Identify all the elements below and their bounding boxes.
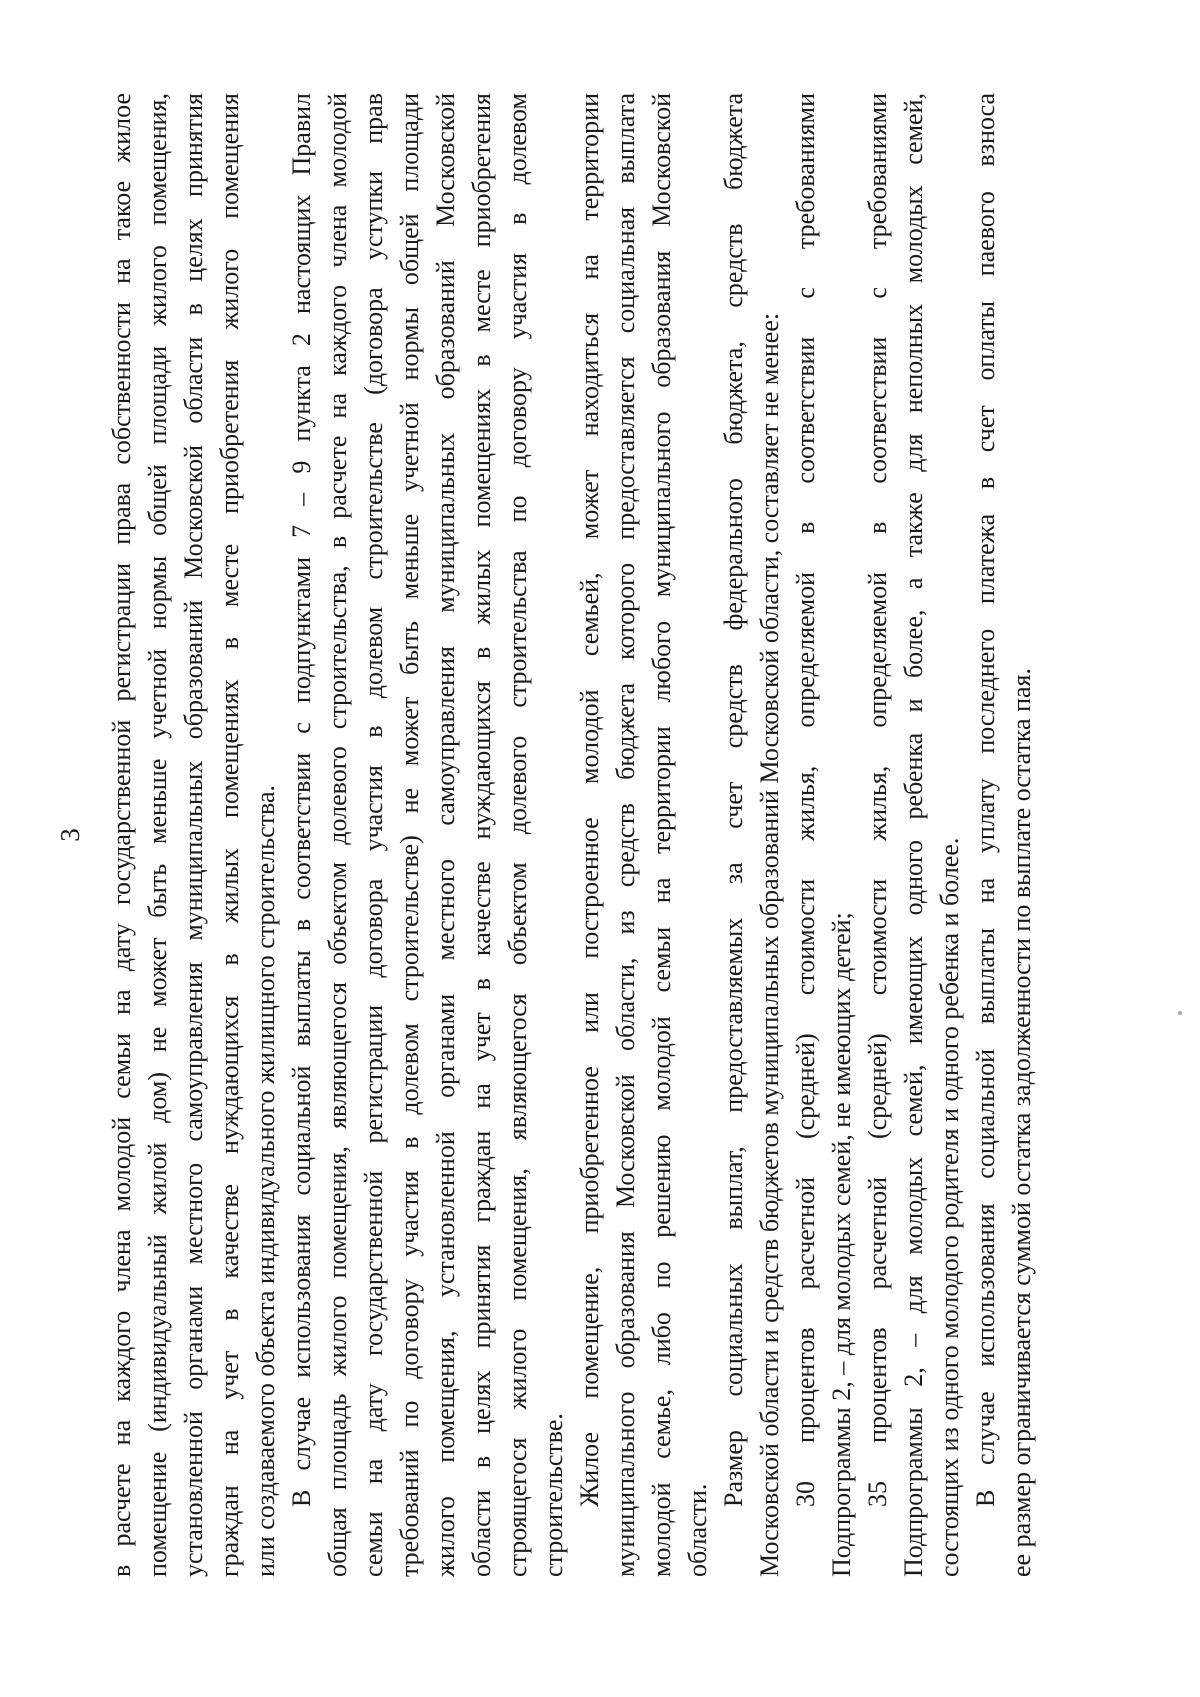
- text-line: общая площадь жилого помещения, являющег…: [320, 93, 356, 1577]
- document-sheet: 3 в расчете на каждого члена молодой сем…: [0, 0, 1200, 1697]
- text-line: Жилое помещение, приобретенное или постр…: [572, 93, 608, 1577]
- text-line: В случае использования социальной выплат…: [284, 93, 320, 1577]
- scan-speck-artifact: [1178, 1011, 1182, 1015]
- text-line: Подпрограммы 2, – для молодых семей, име…: [896, 93, 932, 1577]
- text-line: или создаваемого объекта индивидуального…: [248, 93, 284, 1577]
- text-line: 30 процентов расчетной (средней) стоимос…: [788, 93, 824, 1577]
- text-line: строящегося жилого помещения, являющегос…: [500, 93, 536, 1577]
- text-line: в расчете на каждого члена молодой семьи…: [104, 93, 140, 1577]
- text-line: 35 процентов расчетной (средней) стоимос…: [860, 93, 896, 1577]
- text-line: установленной органами местного самоупра…: [176, 93, 212, 1577]
- text-line: жилого помещения, установленной органами…: [428, 93, 464, 1577]
- text-line: Московской области и средств бюджетов му…: [752, 93, 788, 1577]
- text-line: В случае использования социальной выплат…: [968, 93, 1004, 1577]
- text-line: граждан на учет в качестве нуждающихся в…: [212, 93, 248, 1577]
- text-line: молодой семье, либо по решению молодой с…: [644, 93, 680, 1577]
- document-text: в расчете на каждого члена молодой семьи…: [104, 93, 1040, 1577]
- text-line: семьи на дату государственной регистраци…: [356, 93, 392, 1577]
- text-line: состоящих из одного молодого родителя и …: [932, 93, 968, 1577]
- text-line: помещение (индивидуальный жилой дом) не …: [140, 93, 176, 1577]
- scanned-document-page: 3 в расчете на каждого члена молодой сем…: [0, 0, 1200, 1697]
- page-number: 3: [52, 93, 88, 1577]
- text-line: муниципального образования Московской об…: [608, 93, 644, 1577]
- text-line: Подпрограммы 2, – для молодых семей, не …: [824, 93, 860, 1577]
- text-line: Размер социальных выплат, предоставляемы…: [716, 93, 752, 1577]
- text-line: ее размер ограничивается суммой остатка …: [1004, 93, 1040, 1577]
- text-line: строительстве.: [536, 93, 572, 1577]
- text-line: области в целях принятия граждан на учет…: [464, 93, 500, 1577]
- text-line: требований по договору участия в долевом…: [392, 93, 428, 1577]
- text-line: области.: [680, 93, 716, 1577]
